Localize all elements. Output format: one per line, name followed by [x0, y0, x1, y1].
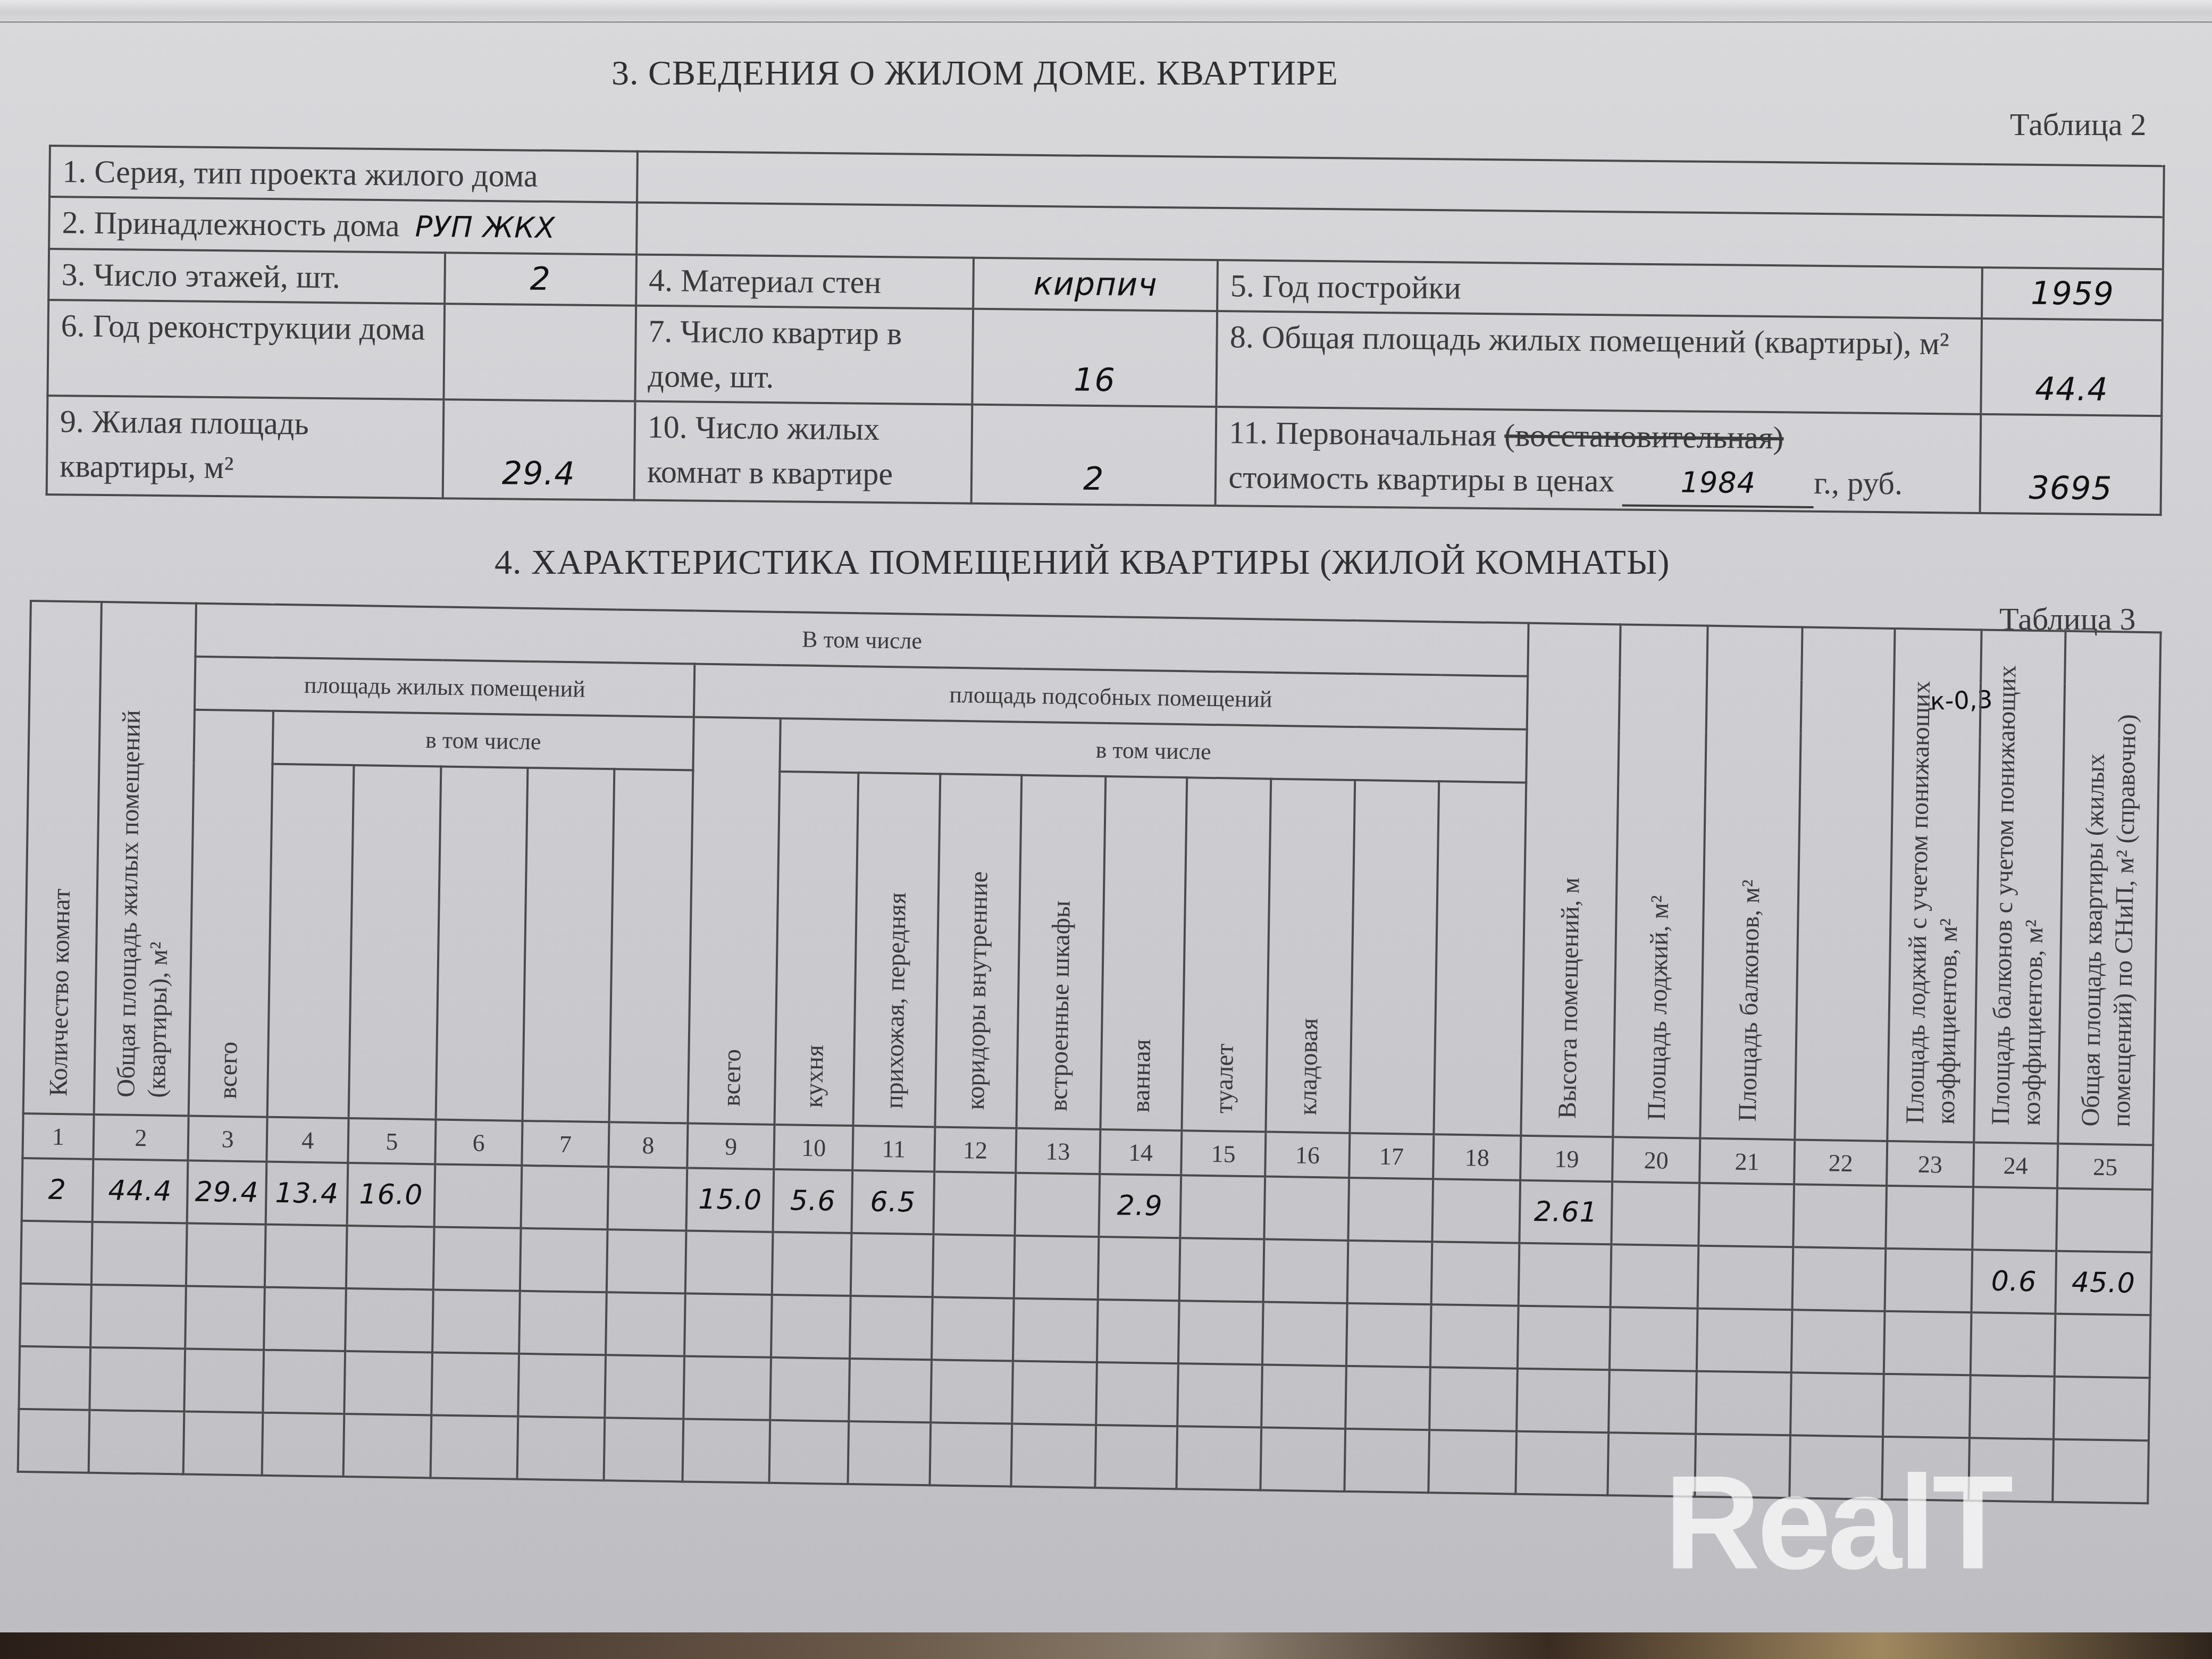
table-cell	[1970, 1375, 2055, 1439]
column-header-1: Количество комнат	[23, 601, 102, 1115]
table-cell	[1011, 1424, 1096, 1488]
cost-label-c: г., руб.	[1814, 465, 1903, 501]
table-cell	[1429, 1430, 1516, 1494]
build-year-value: 1959	[1982, 267, 2163, 320]
column-number: 21	[1699, 1138, 1795, 1185]
cell-value: 45.0	[2072, 1267, 2136, 1300]
table-cell	[434, 1164, 522, 1228]
ownership-value: РУП ЖКХ	[415, 210, 555, 245]
table-cell	[1180, 1175, 1265, 1239]
cell-value: 2.9	[1117, 1189, 1163, 1222]
table-cell	[1608, 1370, 1696, 1434]
column-header-6	[435, 767, 527, 1121]
table-cell	[18, 1409, 89, 1473]
rooms-characteristics-table: Количество комнатОбщая площадь жилых пом…	[17, 600, 2162, 1504]
table-cell	[1096, 1362, 1178, 1426]
table-cell	[1886, 1186, 1973, 1250]
column-number: 4	[267, 1117, 349, 1163]
series-label: 1. Серия, тип проекта жилого дома	[49, 146, 638, 203]
rooms-count-value: 2	[971, 405, 1216, 506]
cell-value: 29.4	[195, 1176, 259, 1209]
column-number: 8	[608, 1122, 688, 1168]
table-cell	[683, 1419, 770, 1482]
column-number: 20	[1612, 1137, 1700, 1183]
table-cell	[1696, 1309, 1792, 1373]
column-number: 5	[348, 1118, 436, 1164]
ownership-label: 2. Принадлежность дома	[62, 205, 400, 243]
table-cell	[606, 1292, 685, 1356]
cell-value: 0.6	[1991, 1266, 2037, 1298]
realt-watermark: RealT	[1664, 1446, 2010, 1599]
column-number: 10	[774, 1125, 853, 1170]
column-header-21: Площадь балконов, м²	[1700, 626, 1803, 1140]
table-cell	[933, 1171, 1016, 1235]
column-number: 2	[93, 1115, 189, 1161]
column-header-label: прихожая, передняя	[879, 892, 913, 1109]
wall-material-label: 4. Материал стен	[636, 255, 974, 309]
column-header-label: коридоры внутренние	[960, 871, 995, 1110]
table-cell	[1790, 1372, 1883, 1437]
table-cell	[263, 1350, 346, 1414]
table-cell	[1013, 1236, 1099, 1300]
column-number: 24	[1973, 1142, 2058, 1188]
table-cell	[1178, 1301, 1263, 1364]
table-cell	[929, 1422, 1012, 1486]
table-cell	[1097, 1237, 1180, 1301]
table-cell	[607, 1229, 686, 1293]
column-number: 9	[687, 1123, 775, 1169]
ownership-cell: 2. Принадлежность дома РУП ЖКХ	[49, 197, 637, 255]
table-cell	[931, 1297, 1013, 1361]
column-header-19: Высота помещений, м	[1521, 623, 1621, 1137]
table-cell	[1347, 1241, 1432, 1304]
table-cell	[1698, 1183, 1794, 1247]
table-cell	[262, 1413, 345, 1477]
column-number: 18	[1434, 1134, 1521, 1180]
cell-value: 15.0	[698, 1184, 763, 1217]
cell-value: 44.4	[108, 1175, 172, 1208]
column-header-20: Площадь лоджий, м²	[1613, 624, 1708, 1138]
table-cell	[1261, 1365, 1346, 1429]
table-cell	[431, 1352, 519, 1416]
column-header-18	[1434, 781, 1526, 1135]
apartments-count-value: 16	[972, 309, 1217, 407]
group-header-living-including: в том числе	[273, 711, 694, 770]
column-number: 14	[1100, 1129, 1182, 1175]
floors-label: 3. Число этажей, шт.	[48, 249, 445, 304]
column-header-label: кладовая	[1293, 1018, 1325, 1115]
background-surface	[0, 1632, 2212, 1659]
column-number: 11	[853, 1126, 935, 1171]
house-info-table: 1. Серия, тип проекта жилого дома 2. При…	[46, 145, 2165, 516]
table-cell	[932, 1234, 1015, 1298]
column-header-label: Площадь лоджий с учетом понижающих коэфф…	[1900, 624, 1969, 1125]
table-cell	[849, 1359, 932, 1422]
group-header-living-area: площадь жилых помещений	[195, 657, 694, 717]
table-cell	[771, 1295, 851, 1359]
table-cell	[521, 1166, 608, 1229]
table-cell	[185, 1348, 264, 1412]
column-number: 23	[1887, 1141, 1974, 1187]
table-cell	[850, 1296, 932, 1360]
cost-label-b: стоимость квартиры в ценах	[1228, 459, 1614, 498]
section-4-heading: 4. ХАРАКТЕРИСТИКА ПОМЕЩЕНИЙ КВАРТИРЫ (ЖИ…	[495, 542, 1670, 583]
column-number: 7	[522, 1121, 609, 1167]
table-cell	[185, 1286, 265, 1350]
table-cell	[345, 1351, 432, 1415]
column-header-16: кладовая	[1266, 779, 1355, 1133]
table-cell	[433, 1227, 521, 1291]
column-header-label: ванная	[1126, 1039, 1158, 1113]
column-header-label: Количество комнат	[43, 889, 77, 1097]
table-cell	[88, 1410, 184, 1474]
table-cell	[20, 1284, 91, 1347]
column-header-label: Площадь лоджий, м²	[1641, 895, 1675, 1120]
column-header-label: Высота помещений, м	[1552, 877, 1586, 1119]
column-header-label: всего	[213, 1041, 245, 1099]
table-cell	[1612, 1182, 1699, 1245]
table-cell: 16.0	[347, 1163, 435, 1227]
table-cell	[1176, 1426, 1261, 1490]
table-cell	[518, 1354, 606, 1418]
table-cell	[604, 1418, 684, 1481]
column-number: 13	[1016, 1128, 1100, 1174]
column-header-label: кухня	[799, 1044, 831, 1108]
table-cell	[520, 1228, 608, 1292]
table-cell	[1611, 1244, 1698, 1308]
table-cell	[1346, 1303, 1431, 1367]
table-cell: 2.61	[1519, 1180, 1612, 1245]
table-cell	[1177, 1363, 1262, 1427]
column-number: 1	[22, 1113, 94, 1159]
column-header-17	[1350, 780, 1439, 1134]
table-cell	[1345, 1429, 1430, 1493]
reconstruction-year-label: 6. Год реконструкции дома	[47, 300, 444, 399]
table-cell	[183, 1411, 263, 1475]
apartments-count-label: 7. Число квартир в доме, шт.	[635, 306, 973, 405]
table-cell	[769, 1420, 849, 1484]
column-number: 17	[1349, 1133, 1434, 1179]
cell-value: 5.6	[790, 1185, 836, 1217]
table-cell	[685, 1230, 773, 1294]
table-cell	[345, 1288, 433, 1352]
table-cell	[1013, 1298, 1098, 1362]
column-header-5	[349, 765, 441, 1119]
table-cell	[343, 1414, 431, 1478]
table-cell	[1696, 1371, 1791, 1436]
table-cell	[2052, 1439, 2149, 1504]
table-cell	[1260, 1428, 1345, 1492]
table-cell	[1432, 1179, 1520, 1243]
table-cell	[851, 1233, 933, 1297]
column-header-label: Площадь балконов, м²	[1732, 879, 1767, 1121]
column-header-15: туалет	[1182, 777, 1271, 1132]
table-cell	[430, 1415, 518, 1479]
column-header-25: Общая площадь квартиры (жилых помещений)…	[2058, 631, 2160, 1145]
table-cell	[1516, 1369, 1610, 1433]
table-cell	[90, 1285, 186, 1349]
table-cell	[1610, 1307, 1697, 1371]
table-cell	[684, 1293, 772, 1357]
cost-cell: 11. Первоначальная (восстановительная) с…	[1216, 407, 1981, 513]
column-header-8	[609, 769, 693, 1123]
table-cell	[683, 1356, 771, 1420]
table-cell	[519, 1291, 607, 1355]
table-cell: 2.9	[1099, 1174, 1181, 1238]
total-area-value: 44.4	[1981, 319, 2163, 416]
table-cell	[1348, 1178, 1434, 1242]
column-header-14: ванная	[1100, 776, 1187, 1130]
column-number: 6	[435, 1119, 523, 1165]
column-header-22	[1795, 627, 1895, 1141]
table-cell	[1097, 1300, 1179, 1363]
table-row: 9. Жилая площадь квартиры, м² 29.4 10. Ч…	[47, 396, 2162, 515]
column-header-4	[267, 764, 354, 1118]
column-number: 16	[1265, 1132, 1350, 1178]
column-number: 22	[1794, 1139, 1887, 1186]
table-cell	[1012, 1361, 1097, 1425]
wall-material-value: кирпич	[973, 258, 1218, 311]
reconstruction-year-value	[443, 304, 636, 401]
table-cell: 0.6	[1972, 1250, 2057, 1313]
column-header-label: встроенные шкафы	[1043, 900, 1077, 1111]
cost-value: 3695	[1980, 414, 2161, 515]
table-cell	[1431, 1242, 1519, 1305]
cell-value: 2.61	[1534, 1196, 1598, 1229]
table-cell: 5.6	[773, 1169, 853, 1233]
column-header-label: Общая площадь квартиры (жилых помещений)…	[2075, 626, 2144, 1127]
table-cell: 44.4	[92, 1159, 188, 1224]
section-3-heading: 3. СВЕДЕНИЯ О ЖИЛОМ ДОМЕ. КВАРТИРЕ	[611, 53, 1338, 94]
table-cell: 45.0	[2056, 1251, 2152, 1316]
cost-label-a: 11. Первоначальная	[1229, 415, 1497, 453]
table-cell: 29.4	[187, 1161, 267, 1225]
table-cell	[1262, 1302, 1347, 1366]
table-cell	[186, 1224, 266, 1287]
column-header-10: кухня	[775, 772, 859, 1126]
cell-value: 13.4	[275, 1177, 339, 1210]
table-cell	[264, 1287, 346, 1351]
column-header-13: встроенные шкафы	[1016, 775, 1105, 1129]
column-header-label: всего	[716, 1049, 748, 1107]
table-cell	[1345, 1366, 1430, 1430]
table-cell	[1179, 1238, 1264, 1302]
table-2-caption: Таблица 2	[2010, 106, 2147, 143]
table-cell	[1515, 1431, 1608, 1496]
table-cell	[772, 1232, 852, 1296]
column-number: 25	[2057, 1144, 2153, 1190]
column-header-3: всего	[189, 710, 273, 1117]
column-number: 19	[1520, 1136, 1613, 1182]
column-header-24: Площадь балконов с учетом понижающих коэ…	[1974, 630, 2065, 1143]
table-cell	[346, 1226, 434, 1289]
paper-torn-edge	[0, 0, 2212, 23]
table-cell	[1095, 1425, 1177, 1489]
table-cell	[1884, 1249, 1972, 1312]
living-area-value: 29.4	[442, 399, 635, 500]
table-cell	[1883, 1374, 1971, 1438]
table-cell	[21, 1221, 92, 1285]
build-year-label: 5. Год постройки	[1218, 260, 1983, 319]
table-cell	[432, 1289, 520, 1353]
column-header-7	[522, 768, 614, 1122]
cost-label-struck: (восстановительная)	[1504, 417, 1784, 455]
table-cell	[517, 1417, 605, 1480]
table-cell: 2	[22, 1158, 93, 1222]
table-cell	[1884, 1311, 1972, 1375]
table-cell	[1519, 1243, 1612, 1308]
table-cell	[605, 1355, 684, 1419]
table-cell	[2054, 1377, 2150, 1441]
table-cell	[1792, 1247, 1886, 1311]
table-cell	[89, 1347, 185, 1412]
cell-value: 6.5	[870, 1186, 916, 1219]
column-header-9: всего	[688, 717, 781, 1125]
table-cell	[1971, 1312, 2056, 1376]
table-cell	[2056, 1188, 2152, 1253]
column-number: 15	[1181, 1130, 1266, 1176]
table-cell	[1015, 1173, 1100, 1237]
table-cell	[1791, 1310, 1884, 1374]
table-cell	[91, 1222, 187, 1286]
table-cell	[1794, 1184, 1887, 1249]
table-cell	[1697, 1246, 1793, 1310]
table-cell	[1264, 1177, 1349, 1241]
column-header-label: Площадь балконов с учетом понижающих коэ…	[1985, 625, 2055, 1126]
table-cell	[770, 1358, 850, 1421]
column-header-label: Общая площадь жилых помещений (квартиры)…	[111, 597, 180, 1098]
table-cell	[19, 1346, 90, 1410]
column-header-label: туалет	[1209, 1043, 1241, 1114]
column-number: 3	[188, 1116, 267, 1162]
table-cell: 6.5	[852, 1170, 934, 1234]
cell-value: 2	[48, 1174, 66, 1206]
table-cell	[608, 1167, 688, 1230]
table-cell: 13.4	[266, 1162, 348, 1226]
table-cell	[2055, 1314, 2151, 1378]
column-header-2: Общая площадь жилых помещений (квартиры)…	[94, 602, 196, 1116]
column-header-11: прихожая, передняя	[853, 773, 940, 1127]
table-cell	[1430, 1304, 1518, 1368]
table-cell	[848, 1421, 931, 1485]
cell-value: 16.0	[359, 1178, 423, 1211]
living-area-label: 9. Жилая площадь квартиры, м²	[47, 396, 444, 498]
table-cell	[931, 1360, 1013, 1423]
table-cell	[265, 1225, 347, 1288]
total-area-label: 8. Общая площадь жилых помещений (кварти…	[1217, 311, 1982, 414]
table-cell: 15.0	[686, 1168, 774, 1231]
floors-value: 2	[445, 253, 636, 305]
table-cell	[1430, 1367, 1518, 1431]
column-header-23: Площадь лоджий с учетом понижающих коэфф…	[1887, 629, 1982, 1142]
column-header-12: коридоры внутренние	[935, 774, 1021, 1128]
column-number: 12	[934, 1127, 1016, 1172]
table-cell	[1972, 1187, 2057, 1251]
table-cell	[1263, 1239, 1348, 1303]
cost-price-year: 1984	[1622, 459, 1814, 508]
table-cell	[1518, 1306, 1611, 1370]
rooms-count-label: 10. Число жилых комнат в квартире	[634, 401, 972, 504]
